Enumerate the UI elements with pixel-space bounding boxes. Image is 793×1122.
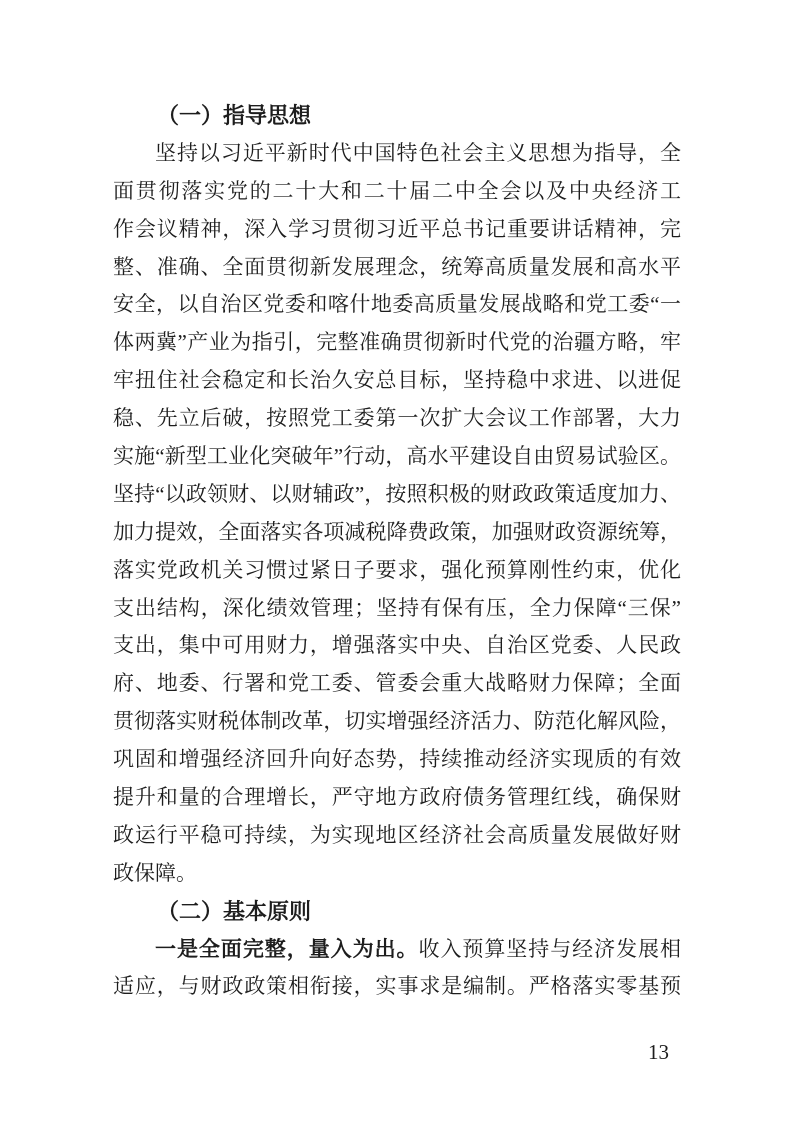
text-line: 府、地委、行署和党工委、管委会重大战略财力保障；全面	[113, 665, 681, 703]
text-line: 提升和量的合理增长，严守地方政府债务管理红线，确保财	[113, 779, 681, 817]
text-line: 巩固和增强经济回升向好态势，持续推动经济实现质的有效	[113, 741, 681, 779]
text-line: 加力提效，全面落实各项减税降费政策，加强财政资源统筹，	[113, 514, 681, 552]
text-line: 落实党政机关习惯过紧日子要求，强化预算刚性约束，优化	[113, 552, 681, 590]
text-line: 整、准确、全面贯彻新发展理念，统筹高质量发展和高水平	[113, 249, 681, 287]
text-line: 安全，以自治区党委和喀什地委高质量发展战略和党工委“一	[113, 286, 681, 324]
text-line: 支出结构，深化绩效管理；坚持有保有压，全力保障“三保”	[113, 590, 681, 628]
text-line: 坚持以习近平新时代中国特色社会主义思想为指导，全	[113, 135, 681, 173]
text-line: 牢扭住社会稳定和长治久安总目标，坚持稳中求进、以进促	[113, 362, 681, 400]
text-line: 作会议精神，深入学习贯彻习近平总书记重要讲话精神，完	[113, 211, 681, 249]
text-line: 支出，集中可用财力，增强落实中央、自治区党委、人民政	[113, 627, 681, 665]
text-line: 面贯彻落实党的二十大和二十届二中全会以及中央经济工	[113, 173, 681, 211]
text-line: 体两冀”产业为指引，完整准确贯彻新时代党的治疆方略，牢	[113, 324, 681, 362]
text-line: 实施“新型工业化突破年”行动，高水平建设自由贸易试验区。	[113, 438, 681, 476]
page-number: 13	[648, 1040, 669, 1065]
text-line: 适应，与财政政策相衔接，实事求是编制。严格落实零基预	[113, 968, 681, 1006]
section-heading-2: （二）基本原则	[113, 893, 681, 931]
point-lead-bold: 一是全面完整，量入为出。	[155, 937, 418, 961]
document-page: （一）指导思想 坚持以习近平新时代中国特色社会主义思想为指导，全 面贯彻落实党的…	[0, 0, 793, 1122]
text-line: 贯彻落实财税体制改革，切实增强经济活力、防范化解风险，	[113, 703, 681, 741]
page-content: （一）指导思想 坚持以习近平新时代中国特色社会主义思想为指导，全 面贯彻落实党的…	[113, 97, 681, 1006]
text-line: 稳、先立后破，按照党工委第一次扩大会议工作部署，大力	[113, 400, 681, 438]
section-heading-1: （一）指导思想	[113, 97, 681, 135]
point-lead-rest: 收入预算坚持与经济发展相	[418, 937, 681, 961]
text-line: 坚持“以政领财、以财辅政”，按照积极的财政政策适度加力、	[113, 476, 681, 514]
text-line: 一是全面完整，量入为出。收入预算坚持与经济发展相	[113, 931, 681, 969]
text-line: 政运行平稳可持续，为实现地区经济社会高质量发展做好财	[113, 817, 681, 855]
text-line: 政保障。	[113, 855, 681, 893]
